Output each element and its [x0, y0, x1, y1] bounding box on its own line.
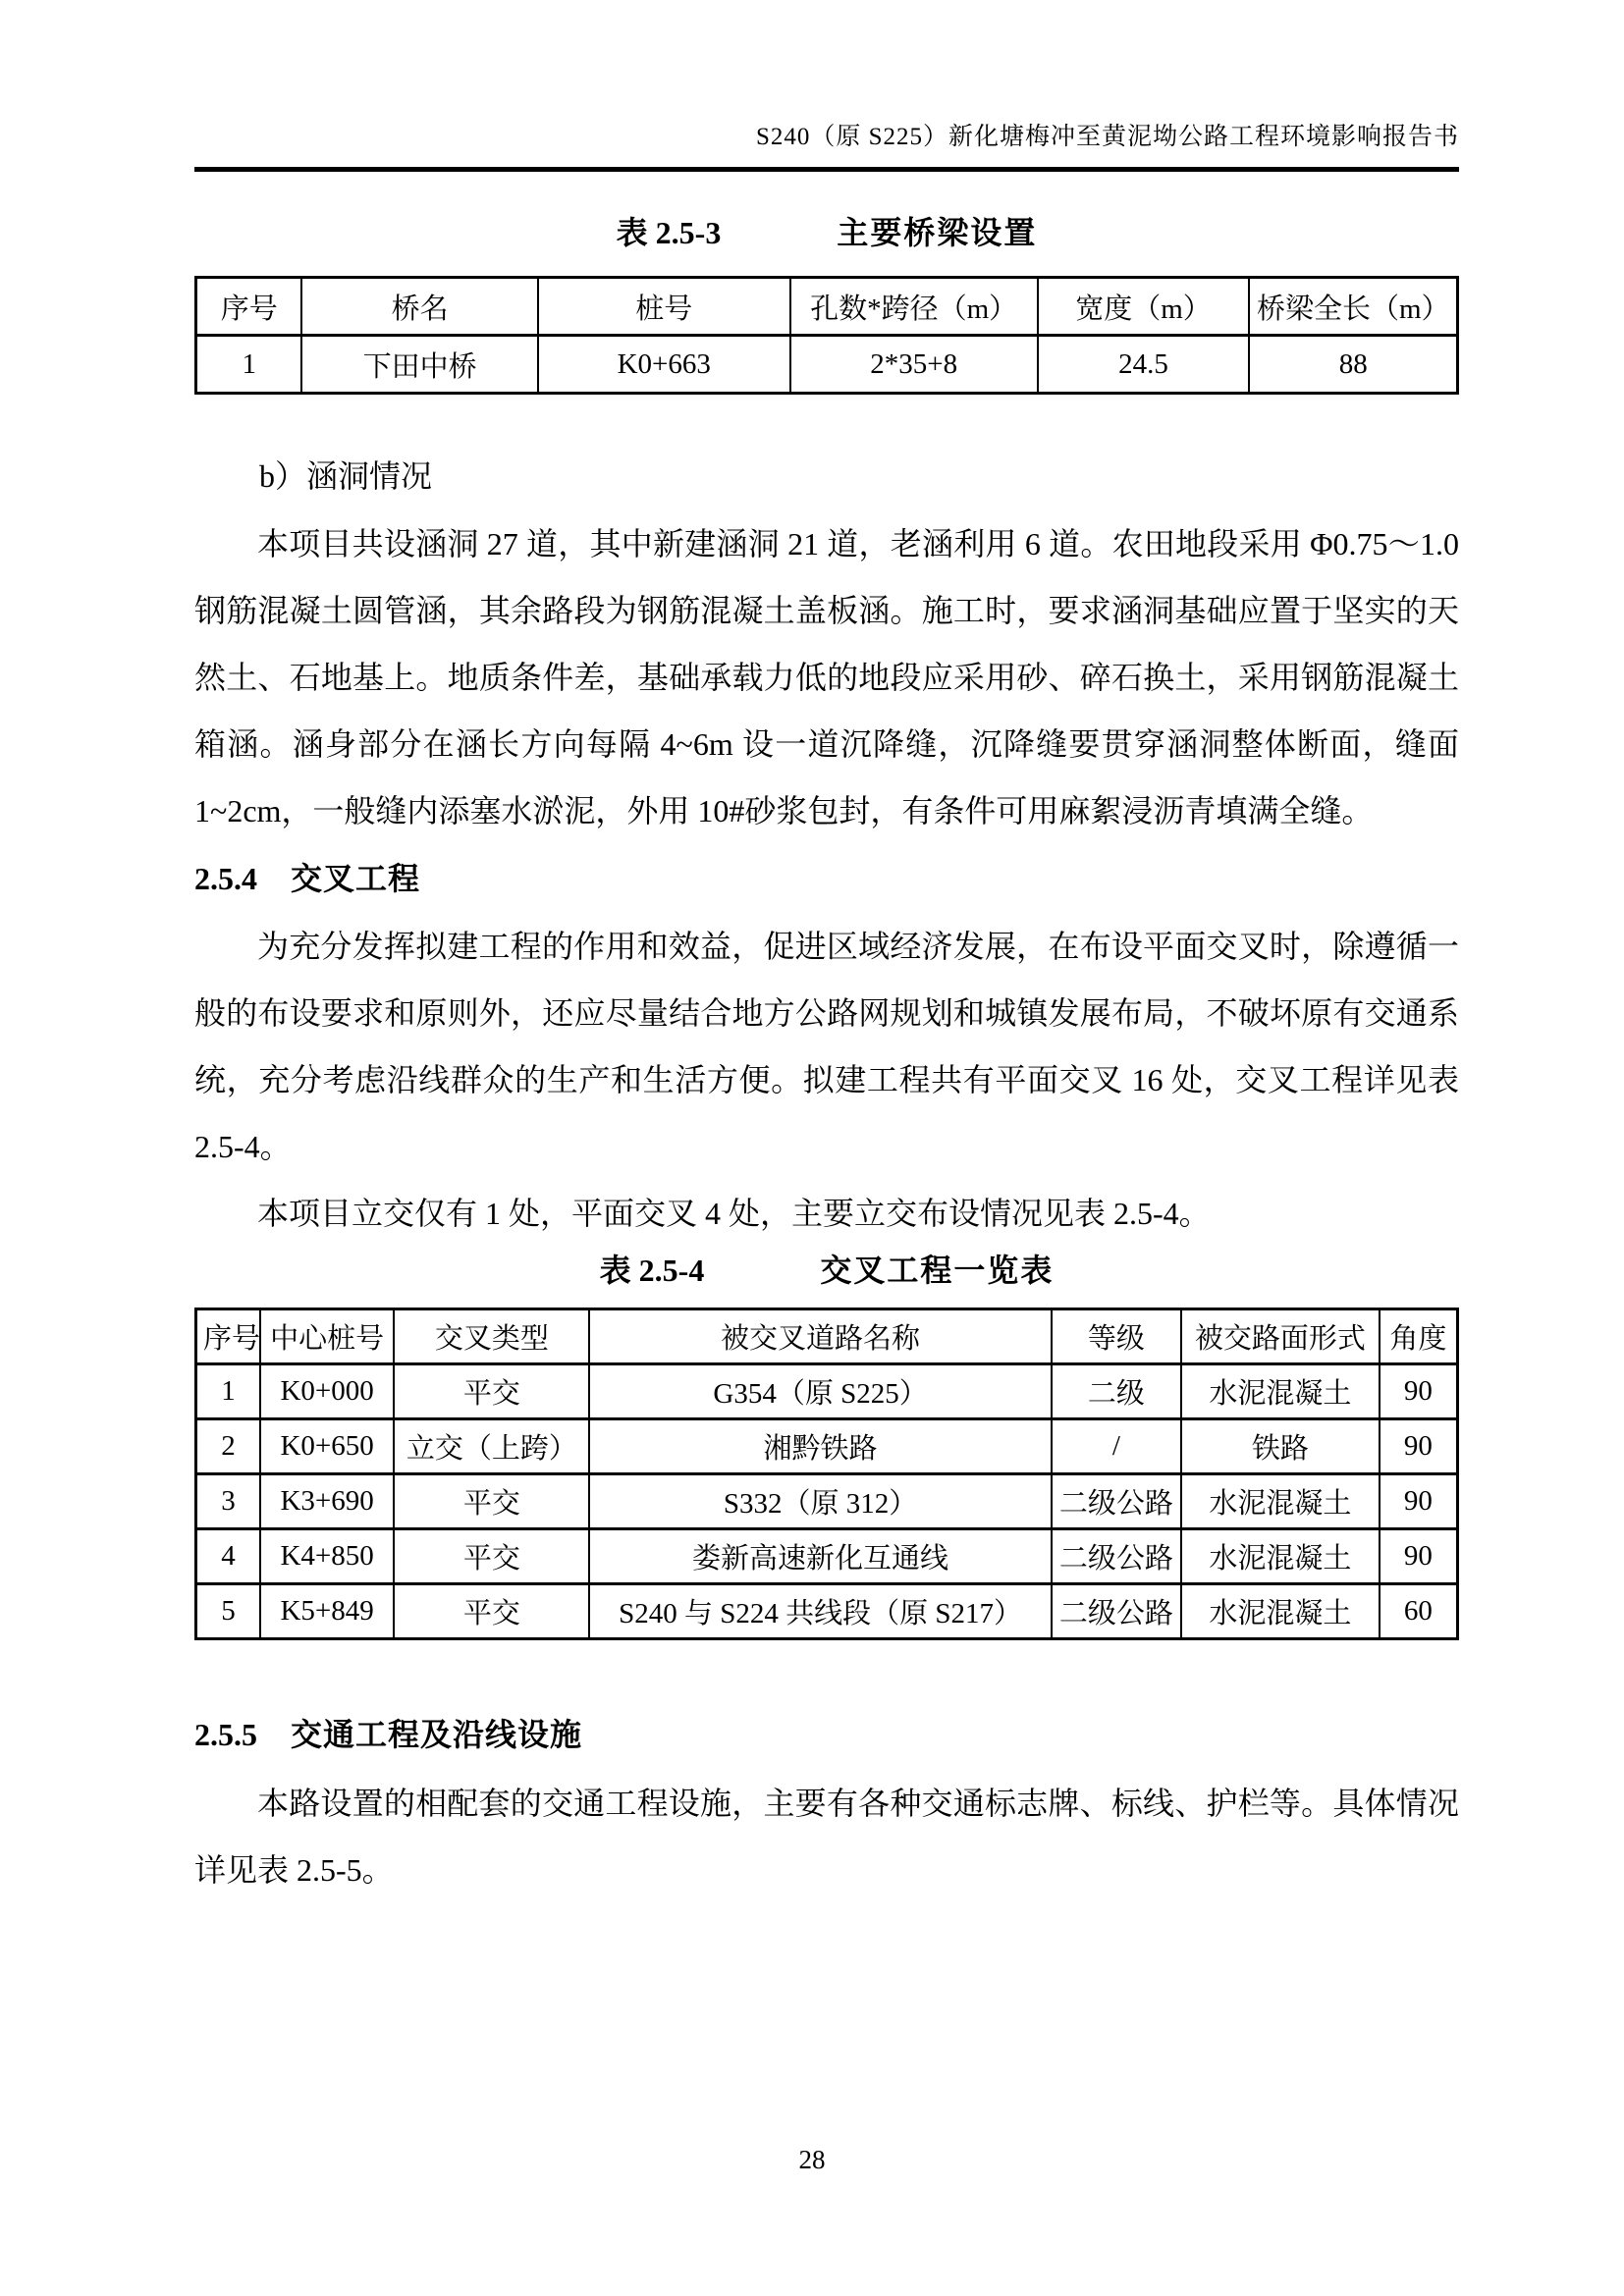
crossing-table-caption-title: 交叉工程一览表: [820, 1253, 1054, 1288]
table-cell: 90: [1380, 1474, 1458, 1529]
table-cell: 二级公路: [1052, 1474, 1181, 1529]
table-cell: 88: [1249, 336, 1457, 394]
table-cell: 3: [196, 1474, 261, 1529]
table-cell: 1: [196, 336, 302, 394]
column-header: 桥名: [301, 278, 537, 336]
table-row: 3 K3+690 平交 S332（原 312） 二级公路 水泥混凝土 90: [196, 1474, 1458, 1529]
column-header: 序号: [196, 1309, 261, 1364]
table-cell: 水泥混凝土: [1181, 1364, 1380, 1419]
column-header: 等级: [1052, 1309, 1181, 1364]
table-cell: S332（原 312）: [589, 1474, 1051, 1529]
table-cell: /: [1052, 1419, 1181, 1474]
column-header: 被交路面形式: [1181, 1309, 1380, 1364]
table-cell: G354（原 S225）: [589, 1364, 1051, 1419]
table-cell: 90: [1380, 1364, 1458, 1419]
page-header: S240（原 S225）新化塘梅冲至黄泥坳公路工程环境影响报告书: [194, 0, 1459, 172]
table-cell: K0+650: [260, 1419, 394, 1474]
section-number: 2.5.5: [194, 1717, 257, 1752]
table-cell: 24.5: [1038, 336, 1250, 394]
table-row: 1 下田中桥 K0+663 2*35+8 24.5 88: [196, 336, 1458, 394]
table-cell: K3+690: [260, 1474, 394, 1529]
table-cell: 二级: [1052, 1364, 1181, 1419]
table-cell: 2: [196, 1419, 261, 1474]
bridge-table-caption: 表 2.5-3 主要桥梁设置: [194, 211, 1459, 254]
page-number: 28: [0, 2145, 1624, 2175]
column-header: 被交叉道路名称: [589, 1309, 1051, 1364]
section-heading-254: 2.5.4 交叉工程: [194, 844, 1459, 913]
section-heading-255: 2.5.5 交通工程及沿线设施: [194, 1699, 1459, 1770]
column-header: 孔数*跨径（m）: [790, 278, 1038, 336]
column-header: 桩号: [538, 278, 790, 336]
table-cell: S240 与 S224 共线段（原 S217）: [589, 1584, 1051, 1639]
section-title: 交叉工程: [291, 861, 420, 896]
section-title: 交通工程及沿线设施: [291, 1717, 582, 1752]
table-cell: 60: [1380, 1584, 1458, 1639]
table-cell: 2*35+8: [790, 336, 1038, 394]
table-cell: K0+663: [538, 336, 790, 394]
table-cell: 娄新高速新化互通线: [589, 1529, 1051, 1584]
crossing-table-caption: 表 2.5-4 交叉工程一览表: [194, 1249, 1459, 1292]
table-cell: K0+000: [260, 1364, 394, 1419]
column-header: 交叉类型: [394, 1309, 589, 1364]
table-cell: 二级公路: [1052, 1584, 1181, 1639]
culvert-paragraph: 本项目共设涵洞 27 道，其中新建涵洞 21 道，老涵利用 6 道。农田地段采用…: [194, 510, 1459, 844]
table-header-row: 序号 中心桩号 交叉类型 被交叉道路名称 等级 被交路面形式 角度: [196, 1309, 1458, 1364]
table-cell: K4+850: [260, 1529, 394, 1584]
column-header: 桥梁全长（m）: [1249, 278, 1457, 336]
table-cell: 1: [196, 1364, 261, 1419]
column-header: 序号: [196, 278, 302, 336]
table-header-row: 序号 桥名 桩号 孔数*跨径（m） 宽度（m） 桥梁全长（m）: [196, 278, 1458, 336]
crossing-paragraph-1: 为充分发挥拟建工程的作用和效益，促进区域经济发展，在布设平面交叉时，除遵循一般的…: [194, 913, 1459, 1180]
traffic-facilities-paragraph: 本路设置的相配套的交通工程设施，主要有各种交通标志牌、标线、护栏等。具体情况详见…: [194, 1770, 1459, 1903]
section-number: 2.5.4: [194, 861, 257, 896]
bridge-table-caption-label: 表 2.5-3: [617, 215, 722, 250]
table-cell: 平交: [394, 1364, 589, 1419]
bridge-table: 序号 桥名 桩号 孔数*跨径（m） 宽度（m） 桥梁全长（m） 1 下田中桥 K…: [194, 276, 1459, 395]
table-row: 1 K0+000 平交 G354（原 S225） 二级 水泥混凝土 90: [196, 1364, 1458, 1419]
table-cell: 5: [196, 1584, 261, 1639]
crossing-table: 序号 中心桩号 交叉类型 被交叉道路名称 等级 被交路面形式 角度 1 K0+0…: [194, 1308, 1459, 1640]
column-header: 中心桩号: [260, 1309, 394, 1364]
table-row: 5 K5+849 平交 S240 与 S224 共线段（原 S217） 二级公路…: [196, 1584, 1458, 1639]
table-cell: K5+849: [260, 1584, 394, 1639]
table-cell: 平交: [394, 1474, 589, 1529]
table-cell: 湘黔铁路: [589, 1419, 1051, 1474]
table-cell: 水泥混凝土: [1181, 1584, 1380, 1639]
table-row: 2 K0+650 立交（上跨） 湘黔铁路 / 铁路 90: [196, 1419, 1458, 1474]
culvert-subheading: b）涵洞情况: [194, 442, 1459, 510]
table-cell: 水泥混凝土: [1181, 1474, 1380, 1529]
table-row: 4 K4+850 平交 娄新高速新化互通线 二级公路 水泥混凝土 90: [196, 1529, 1458, 1584]
column-header: 宽度（m）: [1038, 278, 1250, 336]
document-page: S240（原 S225）新化塘梅冲至黄泥坳公路工程环境影响报告书 表 2.5-3…: [0, 0, 1624, 2296]
table-cell: 立交（上跨）: [394, 1419, 589, 1474]
table-cell: 水泥混凝土: [1181, 1529, 1380, 1584]
crossing-table-caption-label: 表 2.5-4: [600, 1253, 705, 1288]
table-cell: 4: [196, 1529, 261, 1584]
crossing-paragraph-2: 本项目立交仅有 1 处，平面交叉 4 处，主要立交布设情况见表 2.5-4。: [194, 1180, 1459, 1247]
bridge-table-caption-title: 主要桥梁设置: [837, 215, 1037, 250]
column-header: 角度: [1380, 1309, 1458, 1364]
table-cell: 90: [1380, 1529, 1458, 1584]
table-cell: 铁路: [1181, 1419, 1380, 1474]
table-cell: 平交: [394, 1584, 589, 1639]
table-cell: 平交: [394, 1529, 589, 1584]
table-cell: 二级公路: [1052, 1529, 1181, 1584]
header-title: S240（原 S225）新化塘梅冲至黄泥坳公路工程环境影响报告书: [194, 122, 1459, 153]
table-cell: 90: [1380, 1419, 1458, 1474]
table-cell: 下田中桥: [301, 336, 537, 394]
